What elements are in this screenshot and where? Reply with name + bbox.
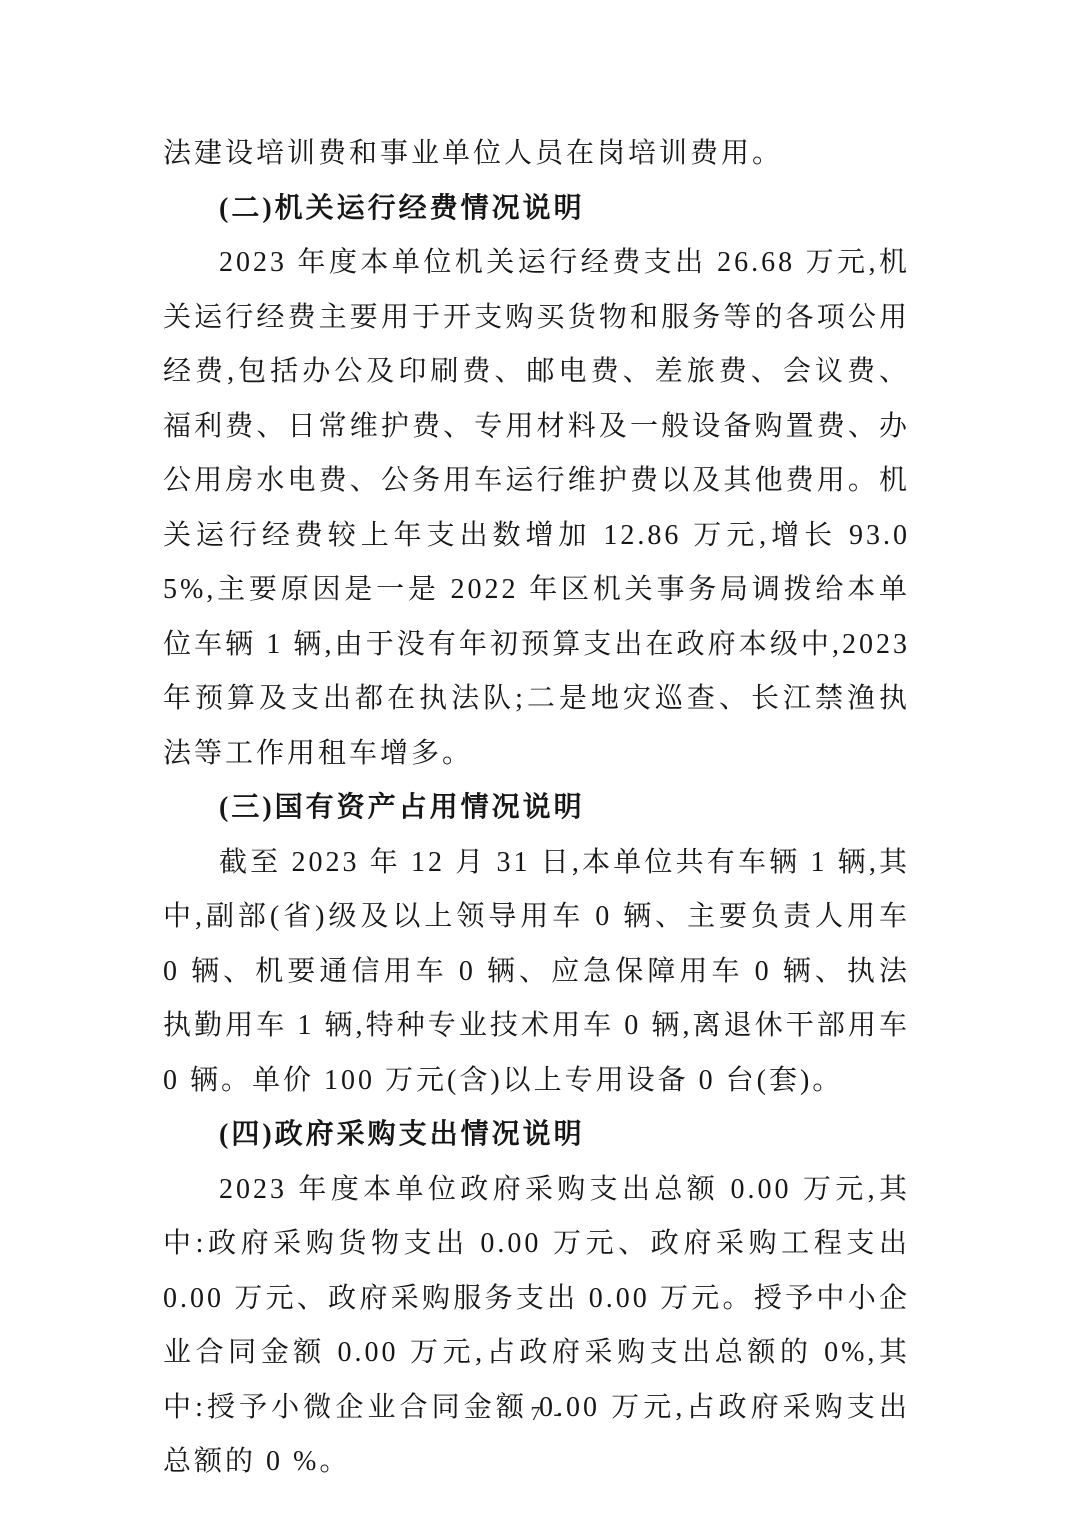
page-content: 法建设培训费和事业单位人员在岗培训费用。 (二)机关运行经费情况说明 2023 … [163, 127, 910, 1490]
paragraph-government-procurement: 2023 年度本单位政府采购支出总额 0.00 万元,其中:政府采购货物支出 0… [163, 1163, 910, 1490]
section-heading-4: (四)政府采购支出情况说明 [163, 1108, 910, 1163]
paragraph-state-owned-assets: 截至 2023 年 12 月 31 日,本单位共有车辆 1 辆,其中,副部(省)… [163, 836, 910, 1109]
paragraph-continuation: 法建设培训费和事业单位人员在岗培训费用。 [163, 127, 910, 182]
section-heading-2: (二)机关运行经费情况说明 [163, 182, 910, 237]
page-number: - 7 - [0, 1403, 1075, 1426]
document-page: 法建设培训费和事业单位人员在岗培训费用。 (二)机关运行经费情况说明 2023 … [0, 0, 1075, 1520]
section-heading-3: (三)国有资产占用情况说明 [163, 781, 910, 836]
paragraph-agency-operating-expenses: 2023 年度本单位机关运行经费支出 26.68 万元,机关运行经费主要用于开支… [163, 236, 910, 781]
